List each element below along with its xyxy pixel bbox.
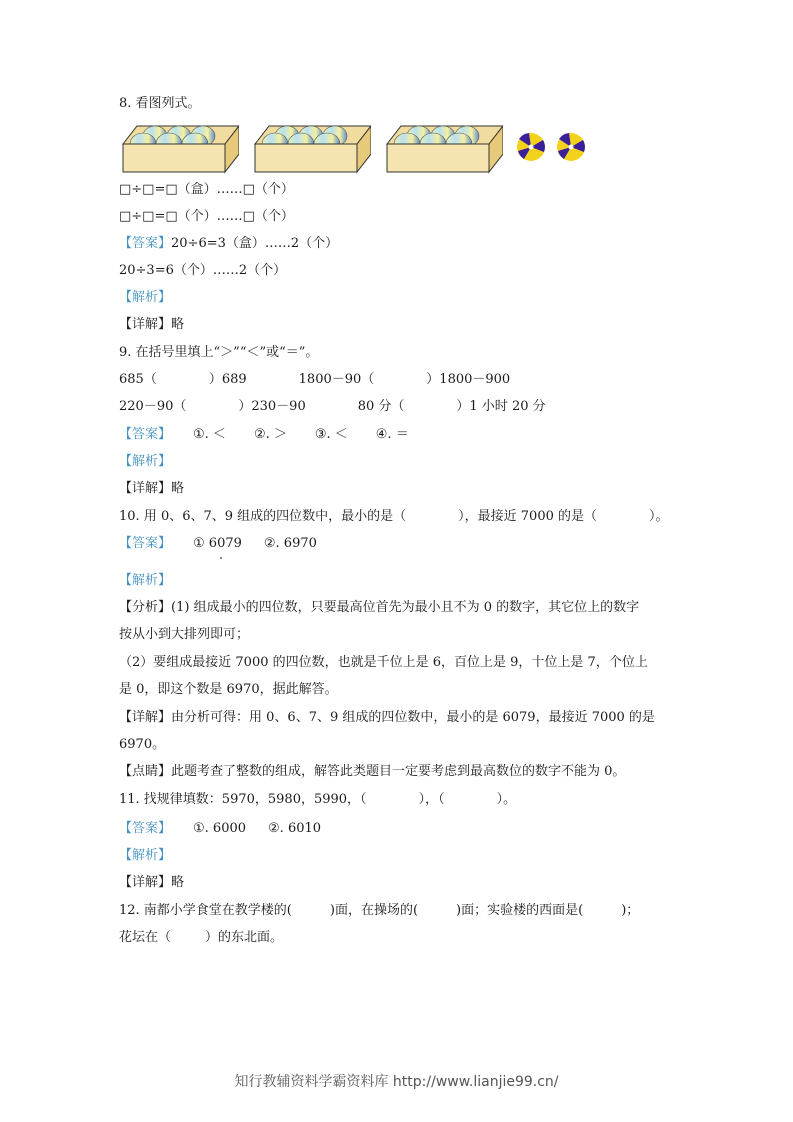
q9-item-4-right: ）1 小时 20 分	[456, 399, 545, 414]
q9-item-1-right: ）689	[209, 372, 247, 387]
q10-fenxi-line-4: 是 0，即这个数是 6970，据此解答。	[119, 681, 338, 699]
q8-figure	[121, 122, 601, 176]
answer-tag: 【答案】	[119, 427, 171, 442]
q9-title: 9. 在括号里填上“＞”“＜”或“＝”。	[119, 344, 318, 362]
q8-blank-equation-2: □÷□=□（个）……□（个）	[119, 208, 294, 226]
answer-item: ④. ＝	[376, 427, 409, 442]
answer-text: 20÷6=3（盒）……2（个）	[171, 236, 338, 251]
q9-row-1: 685（）6891800－90（）1800－900	[119, 371, 510, 389]
q10-answer: 【答案】① 6079②. 6970	[119, 535, 317, 553]
q12-line-1: 12. 南都小学食堂在教学楼的()面，在操场的()面；实验楼的西面是()；	[119, 902, 639, 920]
dianjing-tag: 【点睛】	[119, 764, 171, 779]
answer-item: ① 6079	[193, 536, 242, 551]
q12-text: ）的东北面。	[205, 930, 283, 945]
q8-answer: 【答案】20÷6=3（盒）……2（个）	[119, 235, 338, 253]
q11-analysis-tag: 【解析】	[119, 847, 171, 865]
answer-item: ①. 6000	[193, 821, 246, 836]
q9-item-2-left: 1800－90（	[299, 372, 375, 387]
stray-dot	[220, 557, 222, 559]
answer-tag: 【答案】	[119, 821, 171, 836]
q10-fenxi-line-2: 按从小到大排列即可；	[119, 626, 249, 644]
q9-item-1-left: 685（	[119, 372, 157, 387]
answer-tag: 【答案】	[119, 236, 171, 251]
q11-title: 11. 找规律填数：5970，5980，5990，（），（）。	[119, 791, 516, 809]
answer-item: ②. ＞	[254, 427, 287, 442]
detail-tag: 【详解】	[119, 317, 171, 332]
q11-title-part: ）。	[497, 792, 517, 807]
q9-analysis-tag: 【解析】	[119, 453, 171, 471]
q9-item-2-right: ）1800－900	[426, 372, 510, 387]
ball-box-icon	[121, 122, 239, 174]
q8-blank-equation-1: □÷□=□（盒）……□（个）	[119, 181, 294, 199]
ball-box-icon	[385, 122, 503, 174]
detail-text: 由分析可得：用 0、6、7、9 组成的四位数中，最小的是 6079，最接近 70…	[171, 710, 655, 725]
q10-detail-line-2: 6970。	[119, 736, 165, 754]
answer-item: ②. 6010	[268, 821, 321, 836]
q12-text: )；	[621, 903, 639, 918]
detail-text: 略	[171, 481, 184, 496]
q11-answer: 【答案】①. 6000②. 6010	[119, 820, 321, 838]
q10-fenxi-line-3: （2）要组成最接近 7000 的四位数，也就是千位上是 6，百位上是 9，十位上…	[119, 654, 648, 672]
fenxi-text: (1) 组成最小的四位数，只要最高位首先为最小且不为 0 的数字，其它位上的数字	[171, 600, 639, 615]
q8-title: 8. 看图列式。	[119, 95, 201, 113]
dianjing-text: 此题考查了整数的组成，解答此类题目一定要考虑到最高数位的数字不能为 0。	[171, 764, 625, 779]
fenxi-tag: 【分析】	[119, 600, 171, 615]
q9-answer: 【答案】①. ＜②. ＞③. ＜④. ＝	[119, 426, 409, 444]
q9-item-4-left: 80 分（	[358, 399, 405, 414]
detail-tag: 【详解】	[119, 710, 171, 725]
q12-text: )面，在操场的(	[330, 903, 418, 918]
footer-watermark: 知行教辅资料学霸资料库 http://www.lianjie99.cn/	[0, 1071, 793, 1091]
q9-item-3-right: ）230－90	[238, 399, 305, 414]
q10-dianjing: 【点睛】此题考查了整数的组成，解答此类题目一定要考虑到最高数位的数字不能为 0。	[119, 763, 625, 781]
q12-text: 花坛在（	[119, 930, 171, 945]
q12-text: 12. 南都小学食堂在教学楼的(	[119, 903, 292, 918]
q10-detail-line-1: 【详解】由分析可得：用 0、6、7、9 组成的四位数中，最小的是 6079，最接…	[119, 709, 655, 727]
q12-line-2: 花坛在（）的东北面。	[119, 929, 283, 947]
q10-fenxi-line-1: 【分析】(1) 组成最小的四位数，只要最高位首先为最小且不为 0 的数字，其它位…	[119, 599, 639, 617]
q9-detail: 【详解】略	[119, 480, 184, 498]
q9-row-2: 220－90（）230－9080 分（）1 小时 20 分	[119, 398, 546, 416]
answer-tag: 【答案】	[119, 536, 171, 551]
q11-title-part: 11. 找规律填数：5970，5980，5990，（	[119, 792, 367, 807]
beach-ball-icon	[556, 132, 586, 162]
ball-box-icon	[253, 122, 371, 174]
q10-title-part: ）。	[649, 509, 669, 524]
detail-text: 略	[171, 317, 184, 332]
q12-text: )面；实验楼的西面是(	[456, 903, 583, 918]
q9-item-3-left: 220－90（	[119, 399, 186, 414]
q8-detail: 【详解】略	[119, 316, 184, 334]
q10-title-part: ），最接近 7000 的是（	[458, 509, 597, 524]
answer-item: ②. 6970	[264, 536, 317, 551]
detail-text: 略	[171, 875, 184, 890]
answer-item: ③. ＜	[315, 427, 348, 442]
detail-tag: 【详解】	[119, 875, 171, 890]
detail-tag: 【详解】	[119, 481, 171, 496]
q11-detail: 【详解】略	[119, 874, 184, 892]
q10-title: 10. 用 0、6、7、9 组成的四位数中，最小的是（），最接近 7000 的是…	[119, 508, 669, 526]
q8-answer-2: 20÷3=6（个）……2（个）	[119, 262, 286, 280]
q11-title-part: ），（	[419, 792, 445, 807]
q10-analysis-tag: 【解析】	[119, 572, 171, 590]
beach-ball-icon	[516, 132, 546, 162]
answer-item: ①. ＜	[193, 427, 226, 442]
q10-title-part: 10. 用 0、6、7、9 组成的四位数中，最小的是（	[119, 509, 406, 524]
q8-analysis-tag: 【解析】	[119, 289, 171, 307]
